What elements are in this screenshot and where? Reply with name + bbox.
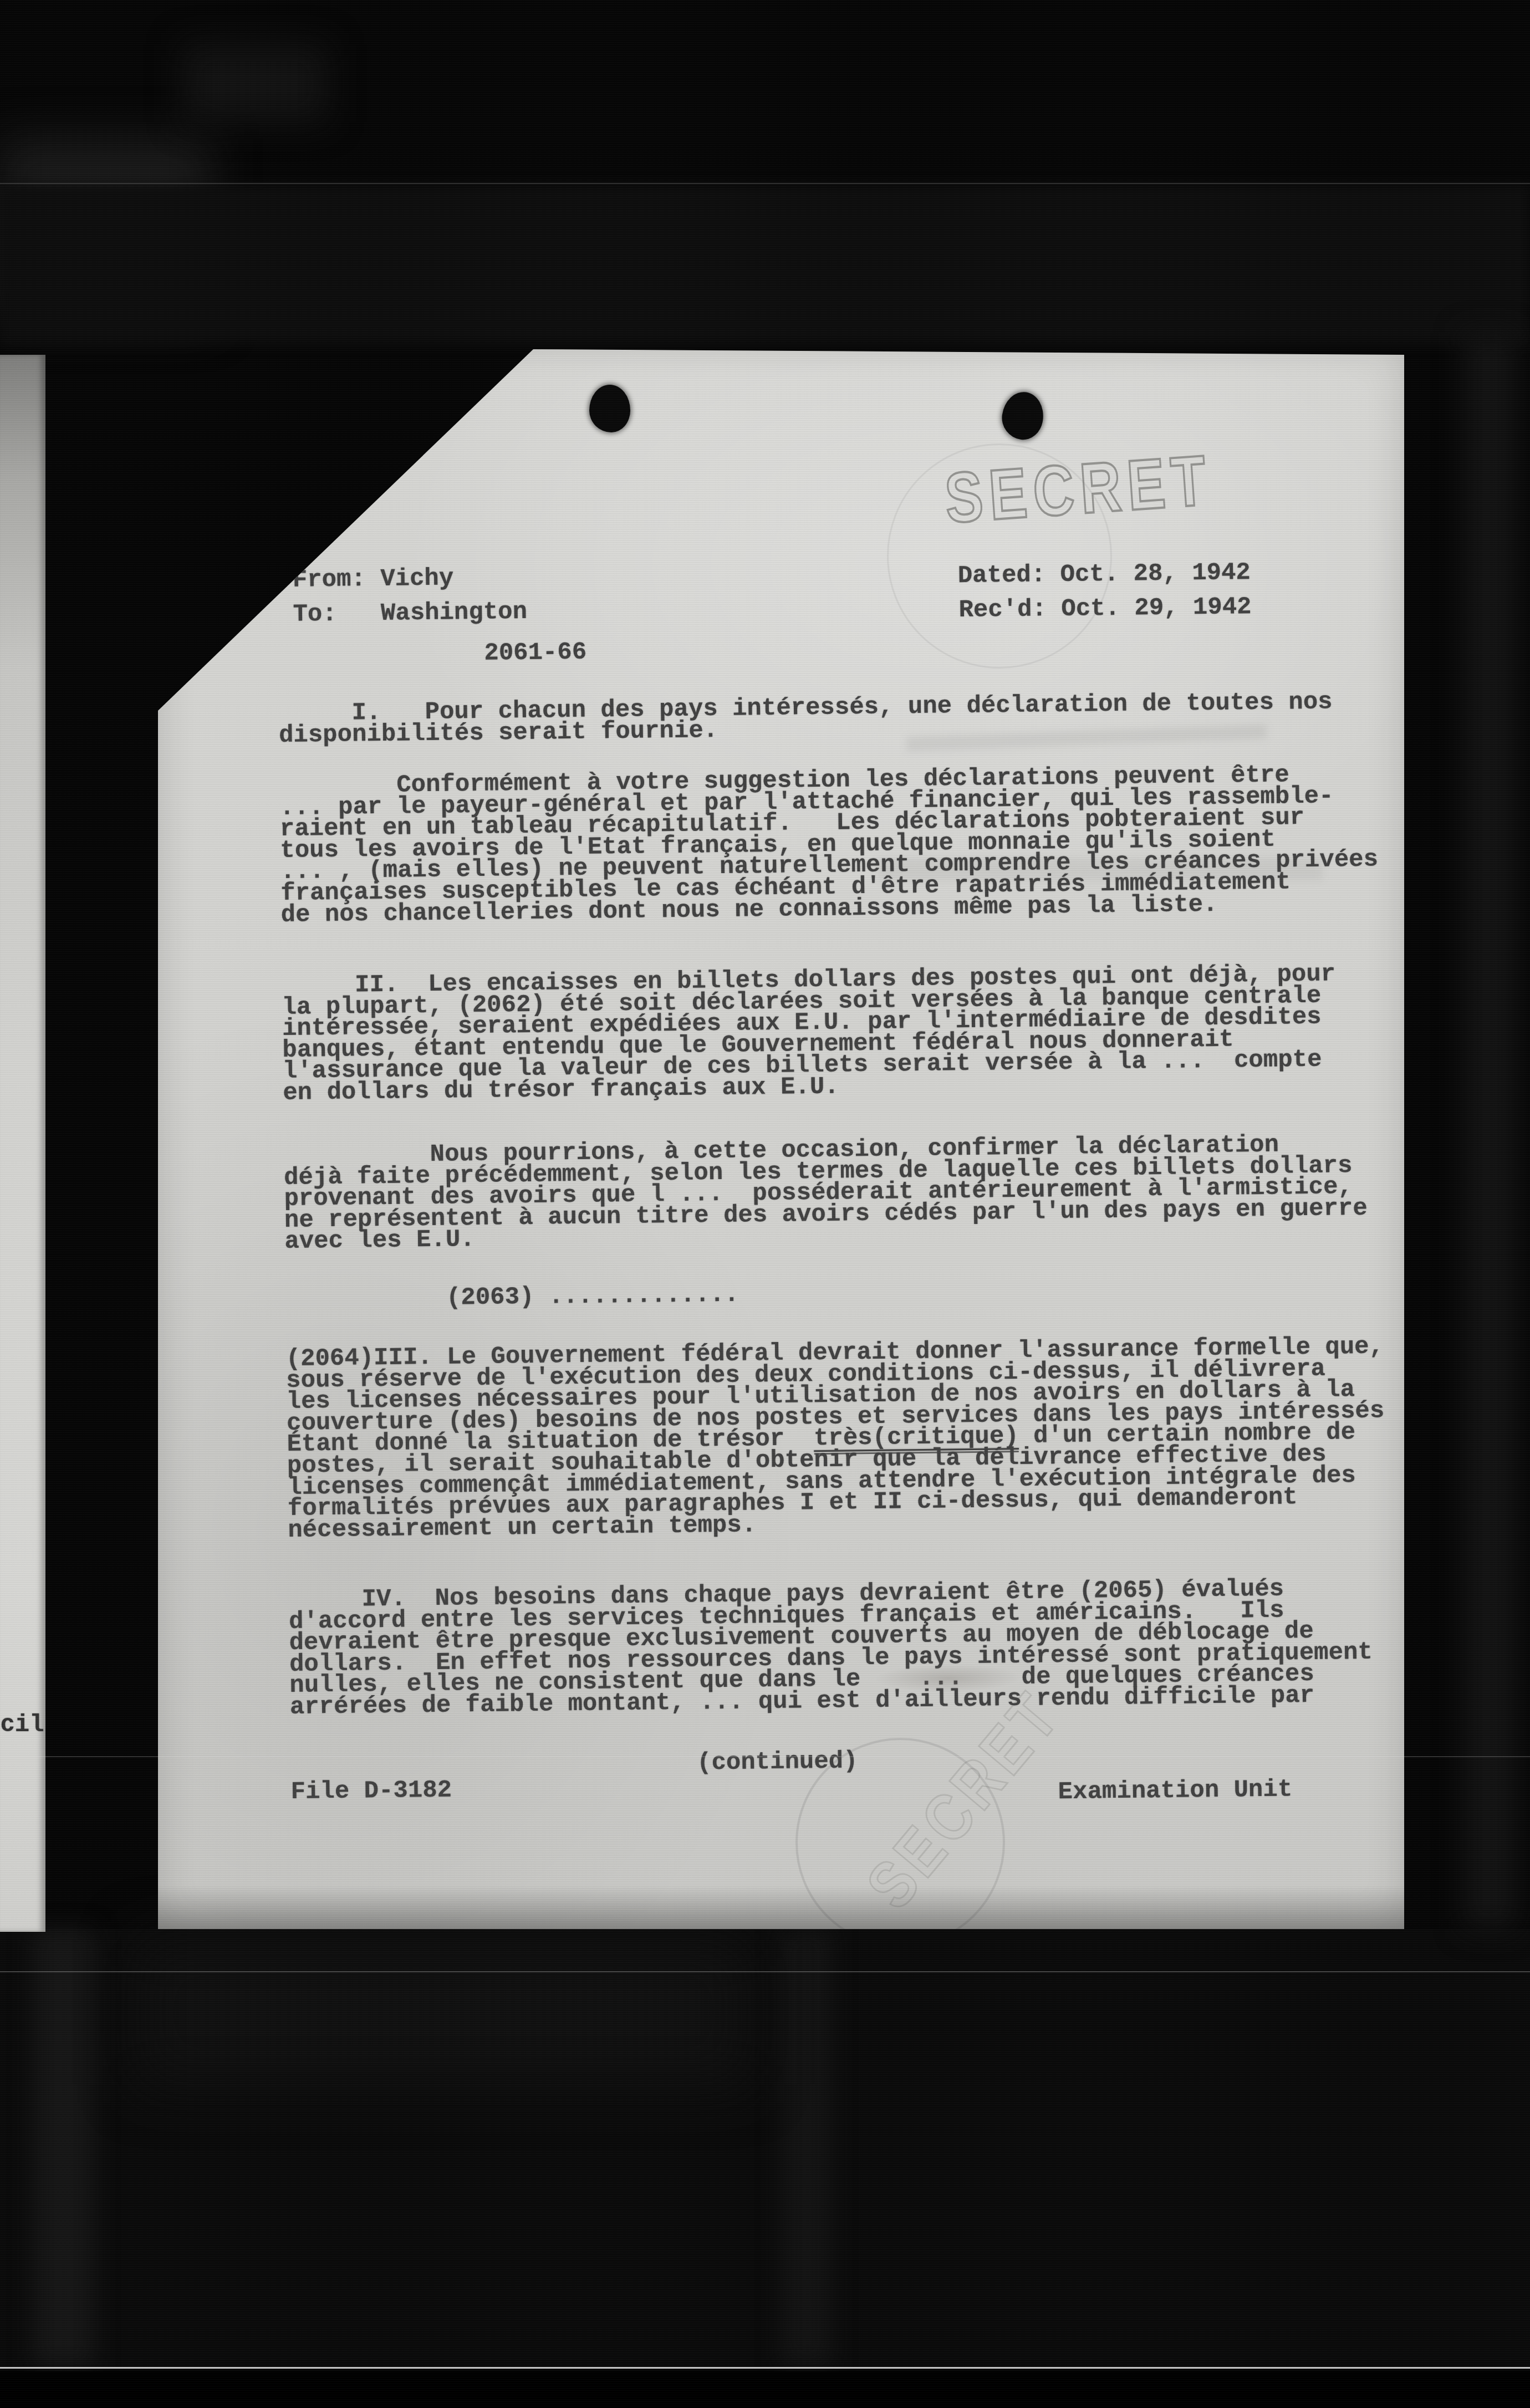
paragraph: I. Pour chacun des pays intéressés, une … <box>278 691 1421 747</box>
document-page: SECRET SECRET From: Vichy To: Washington… <box>158 343 1404 1929</box>
film-blotch <box>1463 333 1516 1929</box>
microfilm-frame: ncil SECRET SECRET From: Vichy To: Washi… <box>0 0 1530 2408</box>
paragraph: IV. Nos besoins dans chaque pays devraie… <box>289 1577 1432 1718</box>
film-blotch <box>183 44 327 122</box>
reference-number: 2061-66 <box>484 642 586 665</box>
adjacent-page-text: ncil <box>0 1712 44 1738</box>
film-blotch <box>782 1929 832 2367</box>
body-text: I. Pour chacun des pays intéressés, une … <box>149 330 1395 344</box>
continued-note: (continued) <box>697 1751 858 1774</box>
paragraph: (2064)III. Le Gouvernement fédéral devra… <box>286 1336 1431 1542</box>
examination-unit: Examination Unit <box>1058 1779 1293 1803</box>
paragraph: Conformément à votre suggestion les décl… <box>279 763 1424 926</box>
page-edge-shadow <box>158 1885 1404 1929</box>
file-number: File D-3182 <box>290 1780 452 1803</box>
film-blotch <box>139 1940 748 2084</box>
dated-line: Dated: Oct. 28, 1942 <box>958 562 1251 587</box>
film-blotch <box>0 139 211 322</box>
typewritten-line: (2063) ............. <box>285 1277 1427 1311</box>
from-line: From: Vichy <box>293 568 454 591</box>
adjacent-page-fragment: ncil <box>0 355 45 1932</box>
paragraph: Nous pourrions, à cette occasion, confir… <box>283 1133 1427 1253</box>
film-bottom-band <box>0 1929 1530 2367</box>
typewritten-text: From: Vichy To: Washington Dated: Oct. 2… <box>149 330 1412 1930</box>
film-scratch-line <box>0 1971 1530 1972</box>
recd-line: Rec'd: Oct. 29, 1942 <box>958 596 1251 621</box>
film-blotch <box>33 1929 94 2367</box>
film-blotch <box>0 184 1530 345</box>
film-scratch-line <box>0 183 1530 184</box>
paragraph: (2063) ............. <box>285 1277 1427 1311</box>
film-bottom-black <box>0 2371 1530 2408</box>
film-scratch-line <box>0 2367 1530 2369</box>
to-line: To: Washington <box>293 601 527 625</box>
paragraph: II. Les encaisses en billets dollars des… <box>282 963 1425 1104</box>
